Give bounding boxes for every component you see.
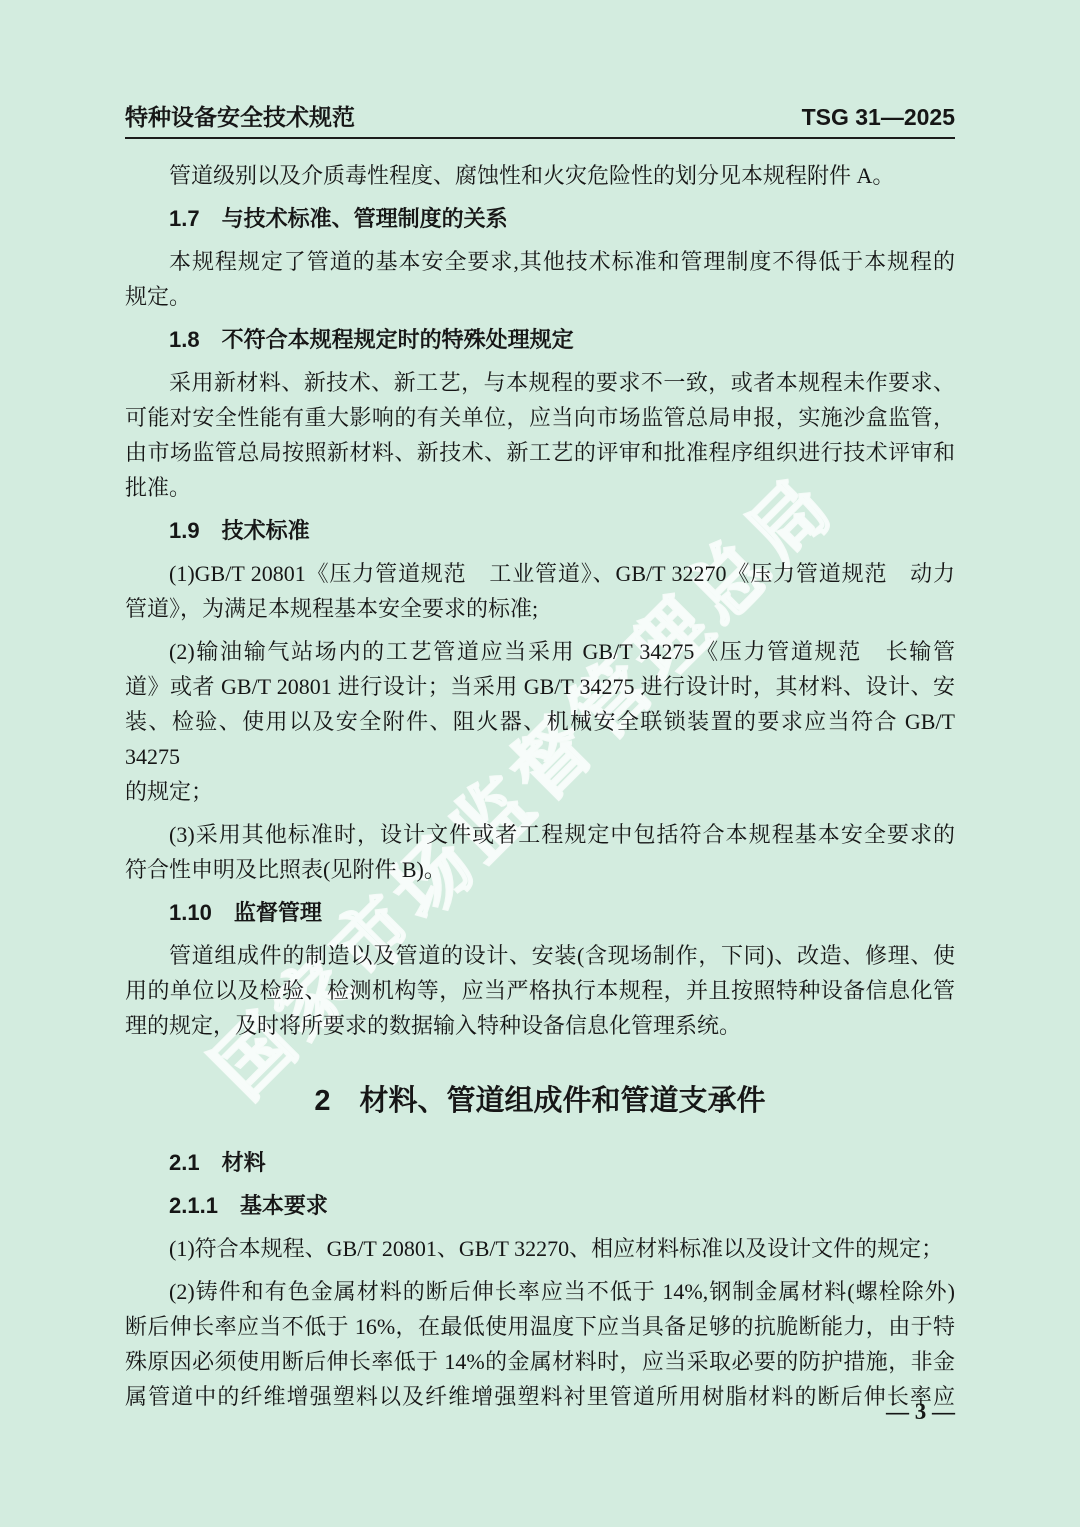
text-line: 用的单位以及检验、检测机构等，应当严格执行本规程，并且按照特种设备信息化管	[125, 973, 955, 1008]
text-line: 符合性申明及比照表(见附件 B)。	[125, 852, 955, 887]
section-heading: 1.9 技术标准	[125, 513, 955, 548]
text-line: 装、检验、使用以及安全附件、阻火器、机械安全联锁装置的要求应当符合 GB/T 3…	[125, 704, 955, 774]
section-heading: 2.1.1 基本要求	[125, 1188, 955, 1223]
paragraph: 采用新材料、新技术、新工艺，与本规程的要求不一致，或者本规程未作要求、可能对安全…	[125, 365, 955, 505]
document-code: TSG 31—2025	[802, 104, 955, 130]
section-heading: 1.8 不符合本规程规定时的特殊处理规定	[125, 322, 955, 357]
text-line: 采用新材料、新技术、新工艺，与本规程的要求不一致，或者本规程未作要求、	[125, 365, 955, 400]
text-line: 本规程规定了管道的基本安全要求,其他技术标准和管理制度不得低于本规程的	[125, 244, 955, 279]
text-line: 批准。	[125, 470, 955, 505]
text-line: (2)铸件和有色金属材料的断后伸长率应当不低于 14%,钢制金属材料(螺栓除外)	[125, 1274, 955, 1309]
text-line: 管道组成件的制造以及管道的设计、安装(含现场制作，下同)、改造、修理、使	[125, 938, 955, 973]
text-line: 规定。	[125, 279, 955, 314]
page-number: — 3 —	[886, 1398, 955, 1426]
paragraph: (2)输油输气站场内的工艺管道应当采用 GB/T 34275《压力管道规范 长输…	[125, 634, 955, 809]
text-line: 可能对安全性能有重大影响的有关单位，应当向市场监管总局申报，实施沙盒监管，	[125, 400, 955, 435]
section-heading: 2.1 材料	[125, 1145, 955, 1180]
paragraph: (1)GB/T 20801《压力管道规范 工业管道》、GB/T 32270《压力…	[125, 556, 955, 626]
text-line: 理的规定，及时将所要求的数据输入特种设备信息化管理系统。	[125, 1008, 955, 1043]
text-line: 道》或者 GB/T 20801 进行设计；当采用 GB/T 34275 进行设计…	[125, 669, 955, 704]
chapter-heading: 2 材料、管道组成件和管道支承件	[125, 1079, 955, 1123]
section-heading: 1.7 与技术标准、管理制度的关系	[125, 201, 955, 236]
text-line: (1)GB/T 20801《压力管道规范 工业管道》、GB/T 32270《压力…	[125, 556, 955, 591]
text-line: 的规定；	[125, 774, 955, 809]
document-title: 特种设备安全技术规范	[125, 104, 355, 130]
text-line: 断后伸长率应当不低于 16%，在最低使用温度下应当具备足够的抗脆断能力，由于特	[125, 1309, 955, 1344]
text-line: (1)符合本规程、GB/T 20801、GB/T 32270、相应材料标准以及设…	[125, 1231, 955, 1266]
text-line: 由市场监管总局按照新材料、新技术、新工艺的评审和批准程序组织进行技术评审和	[125, 435, 955, 470]
content-blocks: 管道级别以及介质毒性程度、腐蚀性和火灾危险性的划分见本规程附件 A。1.7 与技…	[125, 158, 955, 1414]
paragraph: (2)铸件和有色金属材料的断后伸长率应当不低于 14%,钢制金属材料(螺栓除外)…	[125, 1274, 955, 1414]
paragraph: (3)采用其他标准时，设计文件或者工程规定中包括符合本规程基本安全要求的符合性申…	[125, 817, 955, 887]
text-line: (2)输油输气站场内的工艺管道应当采用 GB/T 34275《压力管道规范 长输…	[125, 634, 955, 669]
text-line: 殊原因必须使用断后伸长率低于 14%的金属材料时，应当采取必要的防护措施，非金	[125, 1344, 955, 1379]
text-line: 管道》，为满足本规程基本安全要求的标准;	[125, 591, 955, 626]
text-line: 属管道中的纤维增强塑料以及纤维增强塑料衬里管道所用树脂材料的断后伸长率应	[125, 1379, 955, 1414]
document-page: 特种设备安全技术规范 TSG 31—2025 国家市场监督管理总局 管道级别以及…	[0, 0, 1080, 1527]
text-line: 管道级别以及介质毒性程度、腐蚀性和火灾危险性的划分见本规程附件 A。	[125, 158, 955, 193]
text-line: (3)采用其他标准时，设计文件或者工程规定中包括符合本规程基本安全要求的	[125, 817, 955, 852]
paragraph: 管道级别以及介质毒性程度、腐蚀性和火灾危险性的划分见本规程附件 A。	[125, 158, 955, 193]
paragraph: 本规程规定了管道的基本安全要求,其他技术标准和管理制度不得低于本规程的规定。	[125, 244, 955, 314]
page-header: 特种设备安全技术规范 TSG 31—2025	[125, 104, 955, 139]
paragraph: 管道组成件的制造以及管道的设计、安装(含现场制作，下同)、改造、修理、使用的单位…	[125, 938, 955, 1043]
paragraph: (1)符合本规程、GB/T 20801、GB/T 32270、相应材料标准以及设…	[125, 1231, 955, 1266]
section-heading: 1.10 监督管理	[125, 895, 955, 930]
